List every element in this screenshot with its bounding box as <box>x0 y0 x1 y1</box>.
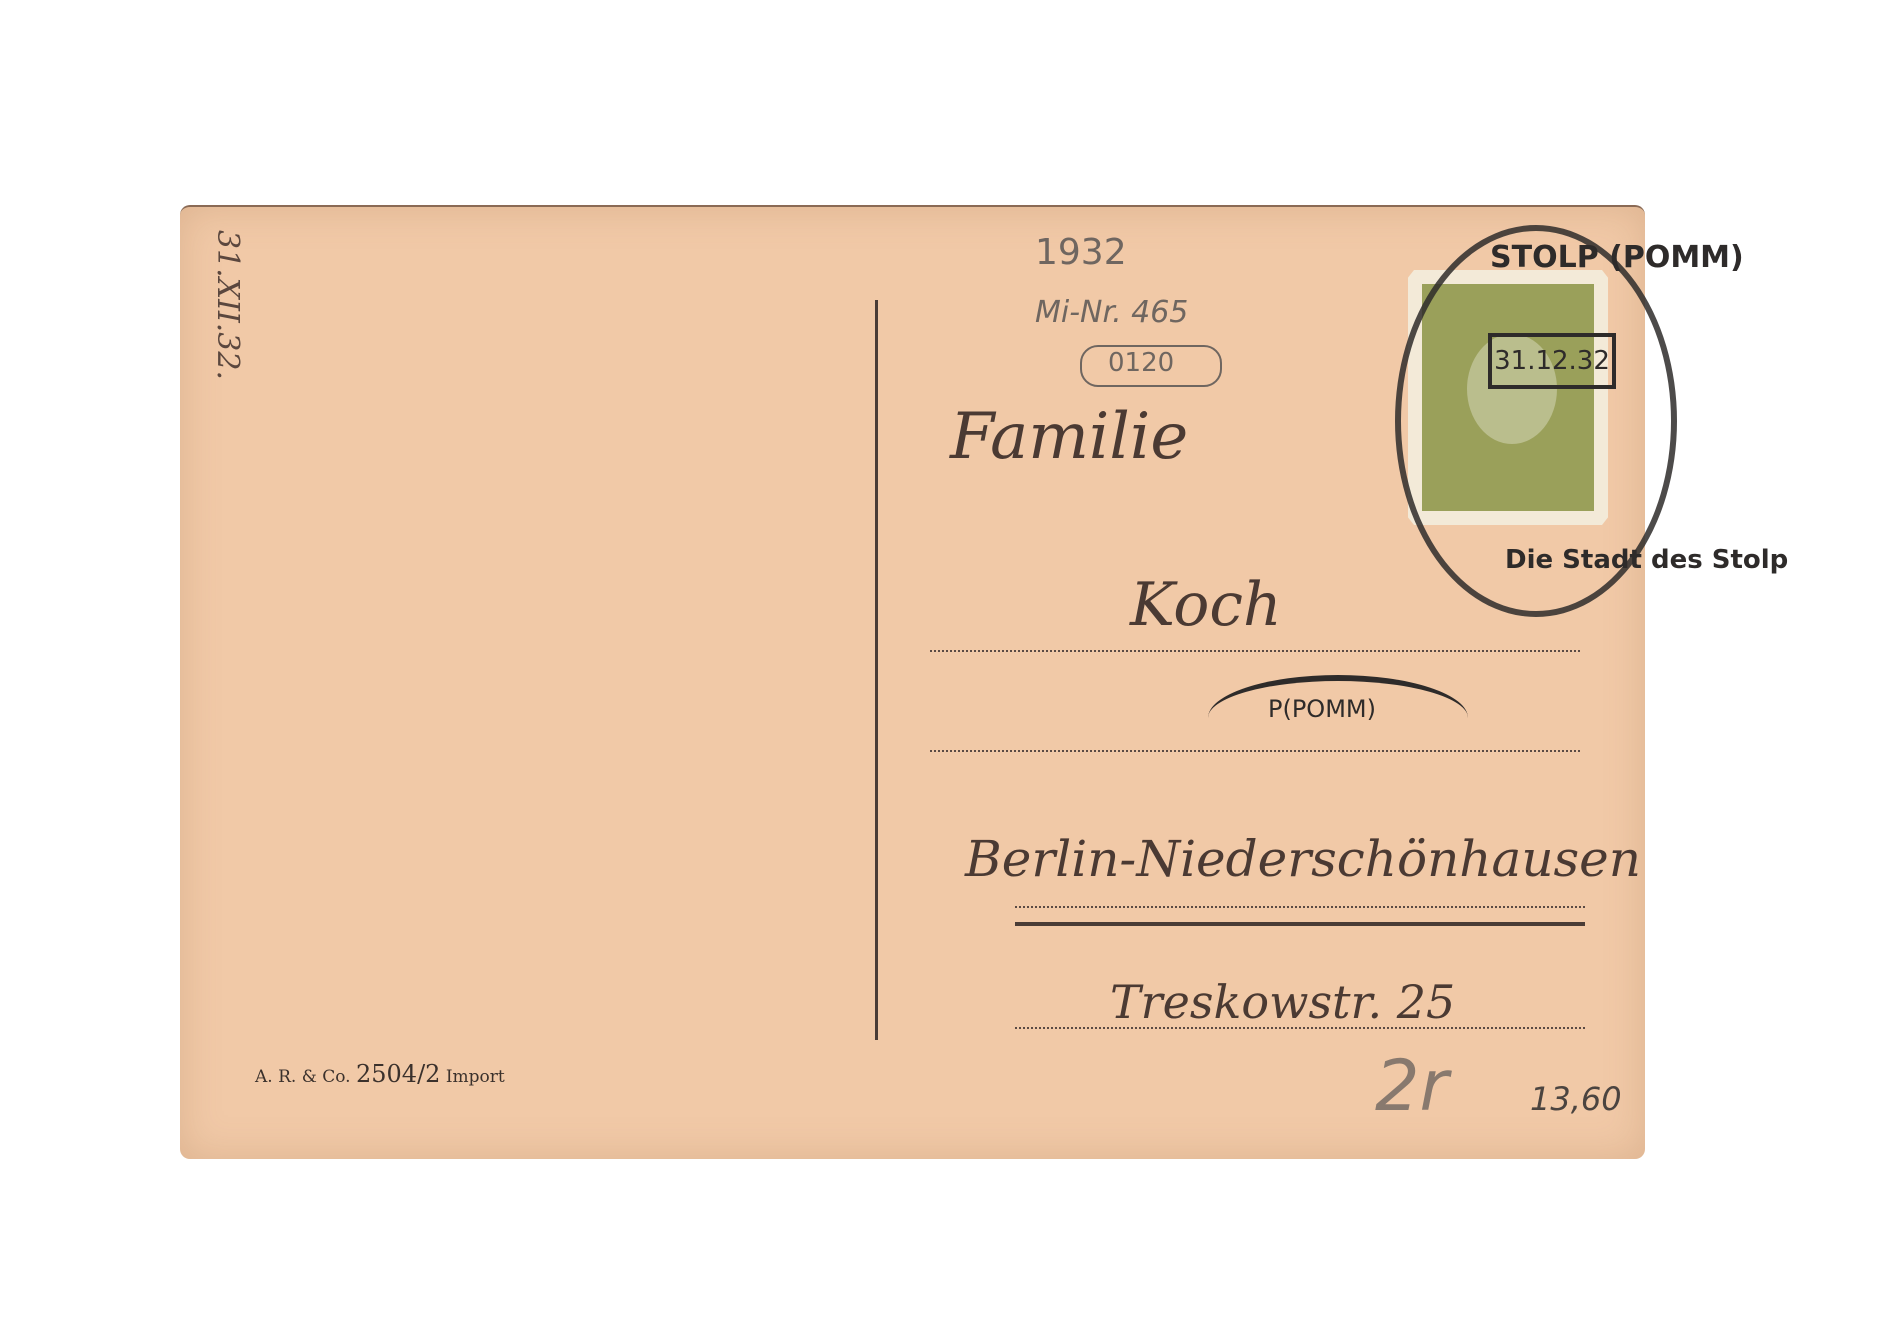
pencil-year: 1932 <box>1035 232 1127 273</box>
pencil-mark: 2r <box>1375 1045 1448 1127</box>
handwritten-message: 31.XII.32. <box>210 230 245 380</box>
address-dotted-line <box>1015 1027 1585 1029</box>
printer-imprint: A. R. & Co. 2504/2 Import <box>255 1060 505 1088</box>
address-solid-line <box>1015 922 1585 926</box>
printer-prefix: A. R. & Co. <box>255 1067 351 1087</box>
address-line-1: Familie <box>950 400 1188 474</box>
printer-suffix: Import <box>446 1067 505 1087</box>
postmark-bottom-text: Die Stadt des Stolp <box>1505 545 1788 575</box>
address-line-2: Koch <box>1130 570 1282 640</box>
address-dotted-line <box>930 750 1580 752</box>
printer-number: 2504/2 <box>356 1060 440 1088</box>
pencil-code: 0120 <box>1108 348 1174 378</box>
address-dotted-line <box>1015 906 1585 908</box>
card-divider-line <box>875 300 878 1040</box>
pencil-catalog-number: Mi-Nr. 465 <box>1035 295 1188 330</box>
address-line-4: Treskowstr. 25 <box>1110 975 1455 1029</box>
address-dotted-line <box>930 650 1580 652</box>
second-postmark-text: P(POMM) <box>1268 695 1376 723</box>
postmark-date: 31.12.32 <box>1488 333 1616 389</box>
pencil-price: 13,60 <box>1530 1080 1622 1118</box>
postmark-top-text: STOLP (POMM) <box>1490 240 1744 275</box>
address-line-3: Berlin-Niederschönhausen <box>965 830 1641 888</box>
